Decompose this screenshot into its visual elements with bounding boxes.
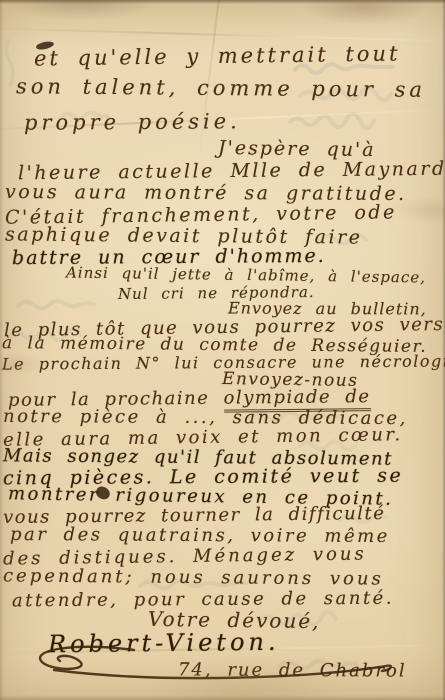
letter-address: 74, rue de Chabrol: [178, 661, 407, 680]
line-text: J'espère qu'à: [218, 137, 376, 161]
letter-signature: Robert-Vieton.: [48, 630, 280, 656]
line-text: l'heure actuelle Mlle de Maynard: [18, 158, 445, 184]
line-text: 74, rue de Chabrol: [178, 659, 407, 681]
line-text: et qu'elle y mettrait tout: [34, 41, 401, 70]
letter-line: vous aura montré sa gratitude.: [5, 183, 407, 204]
letter-line: son talent, comme pour sa: [16, 76, 426, 101]
letter-line: J'espère qu'à: [218, 139, 376, 160]
letter-page: et qu'elle y mettrait toutson talent, co…: [0, 0, 445, 700]
letter-line: et qu'elle y mettrait tout: [34, 43, 401, 69]
letter-line: l'heure actuelle Mlle de Maynard: [18, 160, 445, 183]
letter-body: et qu'elle y mettrait toutson talent, co…: [0, 0, 445, 700]
line-text: propre poésie.: [24, 109, 241, 135]
line-text: son talent, comme pour sa: [16, 74, 426, 102]
letter-line: Ainsi qu'il jette à l'abîme, à l'espace,: [66, 265, 426, 285]
letter-line: propre poésie.: [24, 111, 241, 134]
letter-line: cependant; nous saurons vous: [3, 567, 384, 588]
line-text: cependant; nous saurons vous: [3, 565, 384, 589]
line-text: Robert-Vieton.: [48, 628, 280, 658]
